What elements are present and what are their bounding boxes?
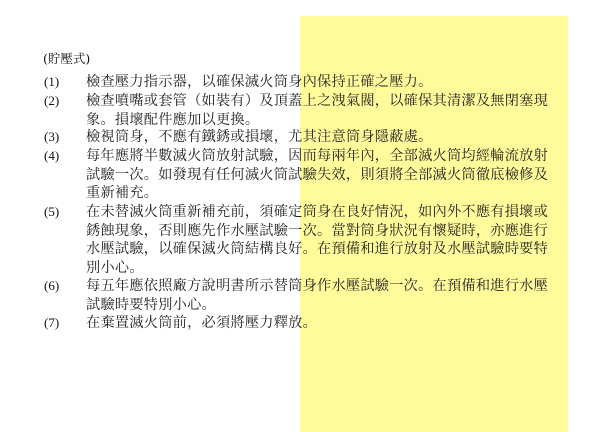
document-page: (貯壓式) (1) 檢查壓力指示器，以確保滅火筒身內保持正確之壓力。 (2) 檢… xyxy=(0,0,600,432)
item-number: (3) xyxy=(44,128,59,147)
item-number: (5) xyxy=(44,203,59,222)
item-text-line: 別小心。 xyxy=(86,259,144,278)
item-number: (6) xyxy=(44,277,59,296)
item-text-line: 檢視筒身，不應有鐵銹或損壞，尤其注意筒身隱蔽處。 xyxy=(86,128,433,147)
item-text-line: 試驗時要特別小心。 xyxy=(86,296,216,315)
item-text-line: 重新補充。 xyxy=(86,184,158,203)
section-title: (貯壓式) xyxy=(43,50,90,68)
item-number: (4) xyxy=(44,147,59,166)
item-text-line: 每年應將半數滅火筒放射試驗，因而每兩年內，全部滅火筒均經輪流放射 xyxy=(86,147,548,166)
item-text-line: 每五年應依照廠方說明書所示替筒身作水壓試驗一次。在預備和進行水壓 xyxy=(86,277,548,296)
item-number: (7) xyxy=(44,314,59,333)
item-text-line: 象。損壞配件應加以更換。 xyxy=(86,111,259,130)
item-text-line: 在棄置滅火筒前，必須將壓力釋放。 xyxy=(86,314,317,333)
item-text-line: 試驗一次。如發現有任何滅火筒試驗失效，則須將全部滅火筒徹底檢修及 xyxy=(86,166,548,185)
item-text-line: 檢查壓力指示器，以確保滅火筒身內保持正確之壓力。 xyxy=(86,73,433,92)
item-text-line: 銹蝕現象，否則應先作水壓試驗一次。當對筒身狀況有懷疑時，亦應進行 xyxy=(86,222,548,241)
item-number: (1) xyxy=(44,73,59,92)
item-text-line: 在未替滅火筒重新補充前，須確定筒身在良好情況，如內外不應有損壞或 xyxy=(86,203,548,222)
item-text-line: 水壓試驗，以確保滅火筒結構良好。在預備和進行放射及水壓試驗時要特 xyxy=(86,240,548,259)
item-text-line: 檢查噴嘴或套管（如裝有）及頂蓋上之洩氣閥，以確保其清潔及無閉塞現 xyxy=(86,92,548,111)
item-number: (2) xyxy=(44,92,59,111)
